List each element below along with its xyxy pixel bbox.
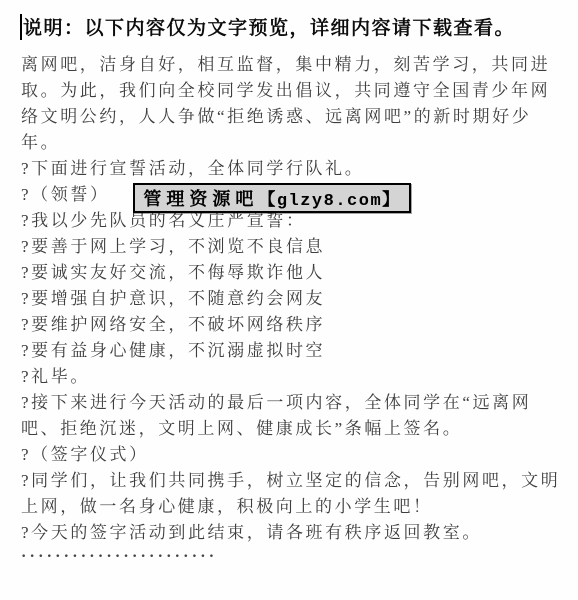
trailing-dots: ······················· [21, 546, 561, 568]
paragraph: ?（签字仪式） [21, 442, 561, 468]
paragraph: ?今天的签字活动到此结束，请各班有秩序返回教室。 [21, 520, 561, 546]
paragraph: 离网吧，洁身自好，相互监督，集中精力，刻苦学习，共同进取。为此，我们向全校同学发… [21, 52, 561, 156]
text-caret [20, 14, 22, 40]
paragraph: ?下面进行宣誓活动，全体同学行队礼。 [21, 156, 561, 182]
watermark-box: 管理资源吧【glzy8.com】 [133, 183, 411, 213]
paragraph: ?同学们，让我们共同携手，树立坚定的信念，告别网吧，文明上网，做一名身心健康，积… [21, 468, 561, 520]
paragraph: ?礼毕。 [21, 364, 561, 390]
paragraph: ?要有益身心健康，不沉溺虚拟时空 [21, 338, 561, 364]
watermark-site-name: 管理资源吧 [143, 185, 258, 211]
preview-notice-header: 说明：以下内容仅为文字预览，详细内容请下载查看。 [23, 13, 515, 40]
paragraph: ?要维护网络安全，不破坏网络秩序 [21, 312, 561, 338]
document-preview-page: 说明：以下内容仅为文字预览，详细内容请下载查看。 离网吧，洁身自好，相互监督，集… [0, 0, 578, 600]
paragraph: ?要善于网上学习，不浏览不良信息 [21, 234, 561, 260]
paragraph: ?接下来进行今天活动的最后一项内容，全体同学在“远离网吧、拒绝沉迷，文明上网、健… [21, 390, 561, 442]
watermark-site-url: 【glzy8.com】 [258, 185, 400, 211]
paragraph: ?要诚实友好交流，不侮辱欺诈他人 [21, 260, 561, 286]
document-body: 离网吧，洁身自好，相互监督，集中精力，刻苦学习，共同进取。为此，我们向全校同学发… [21, 52, 561, 568]
paragraph: ?要增强自护意识，不随意约会网友 [21, 286, 561, 312]
